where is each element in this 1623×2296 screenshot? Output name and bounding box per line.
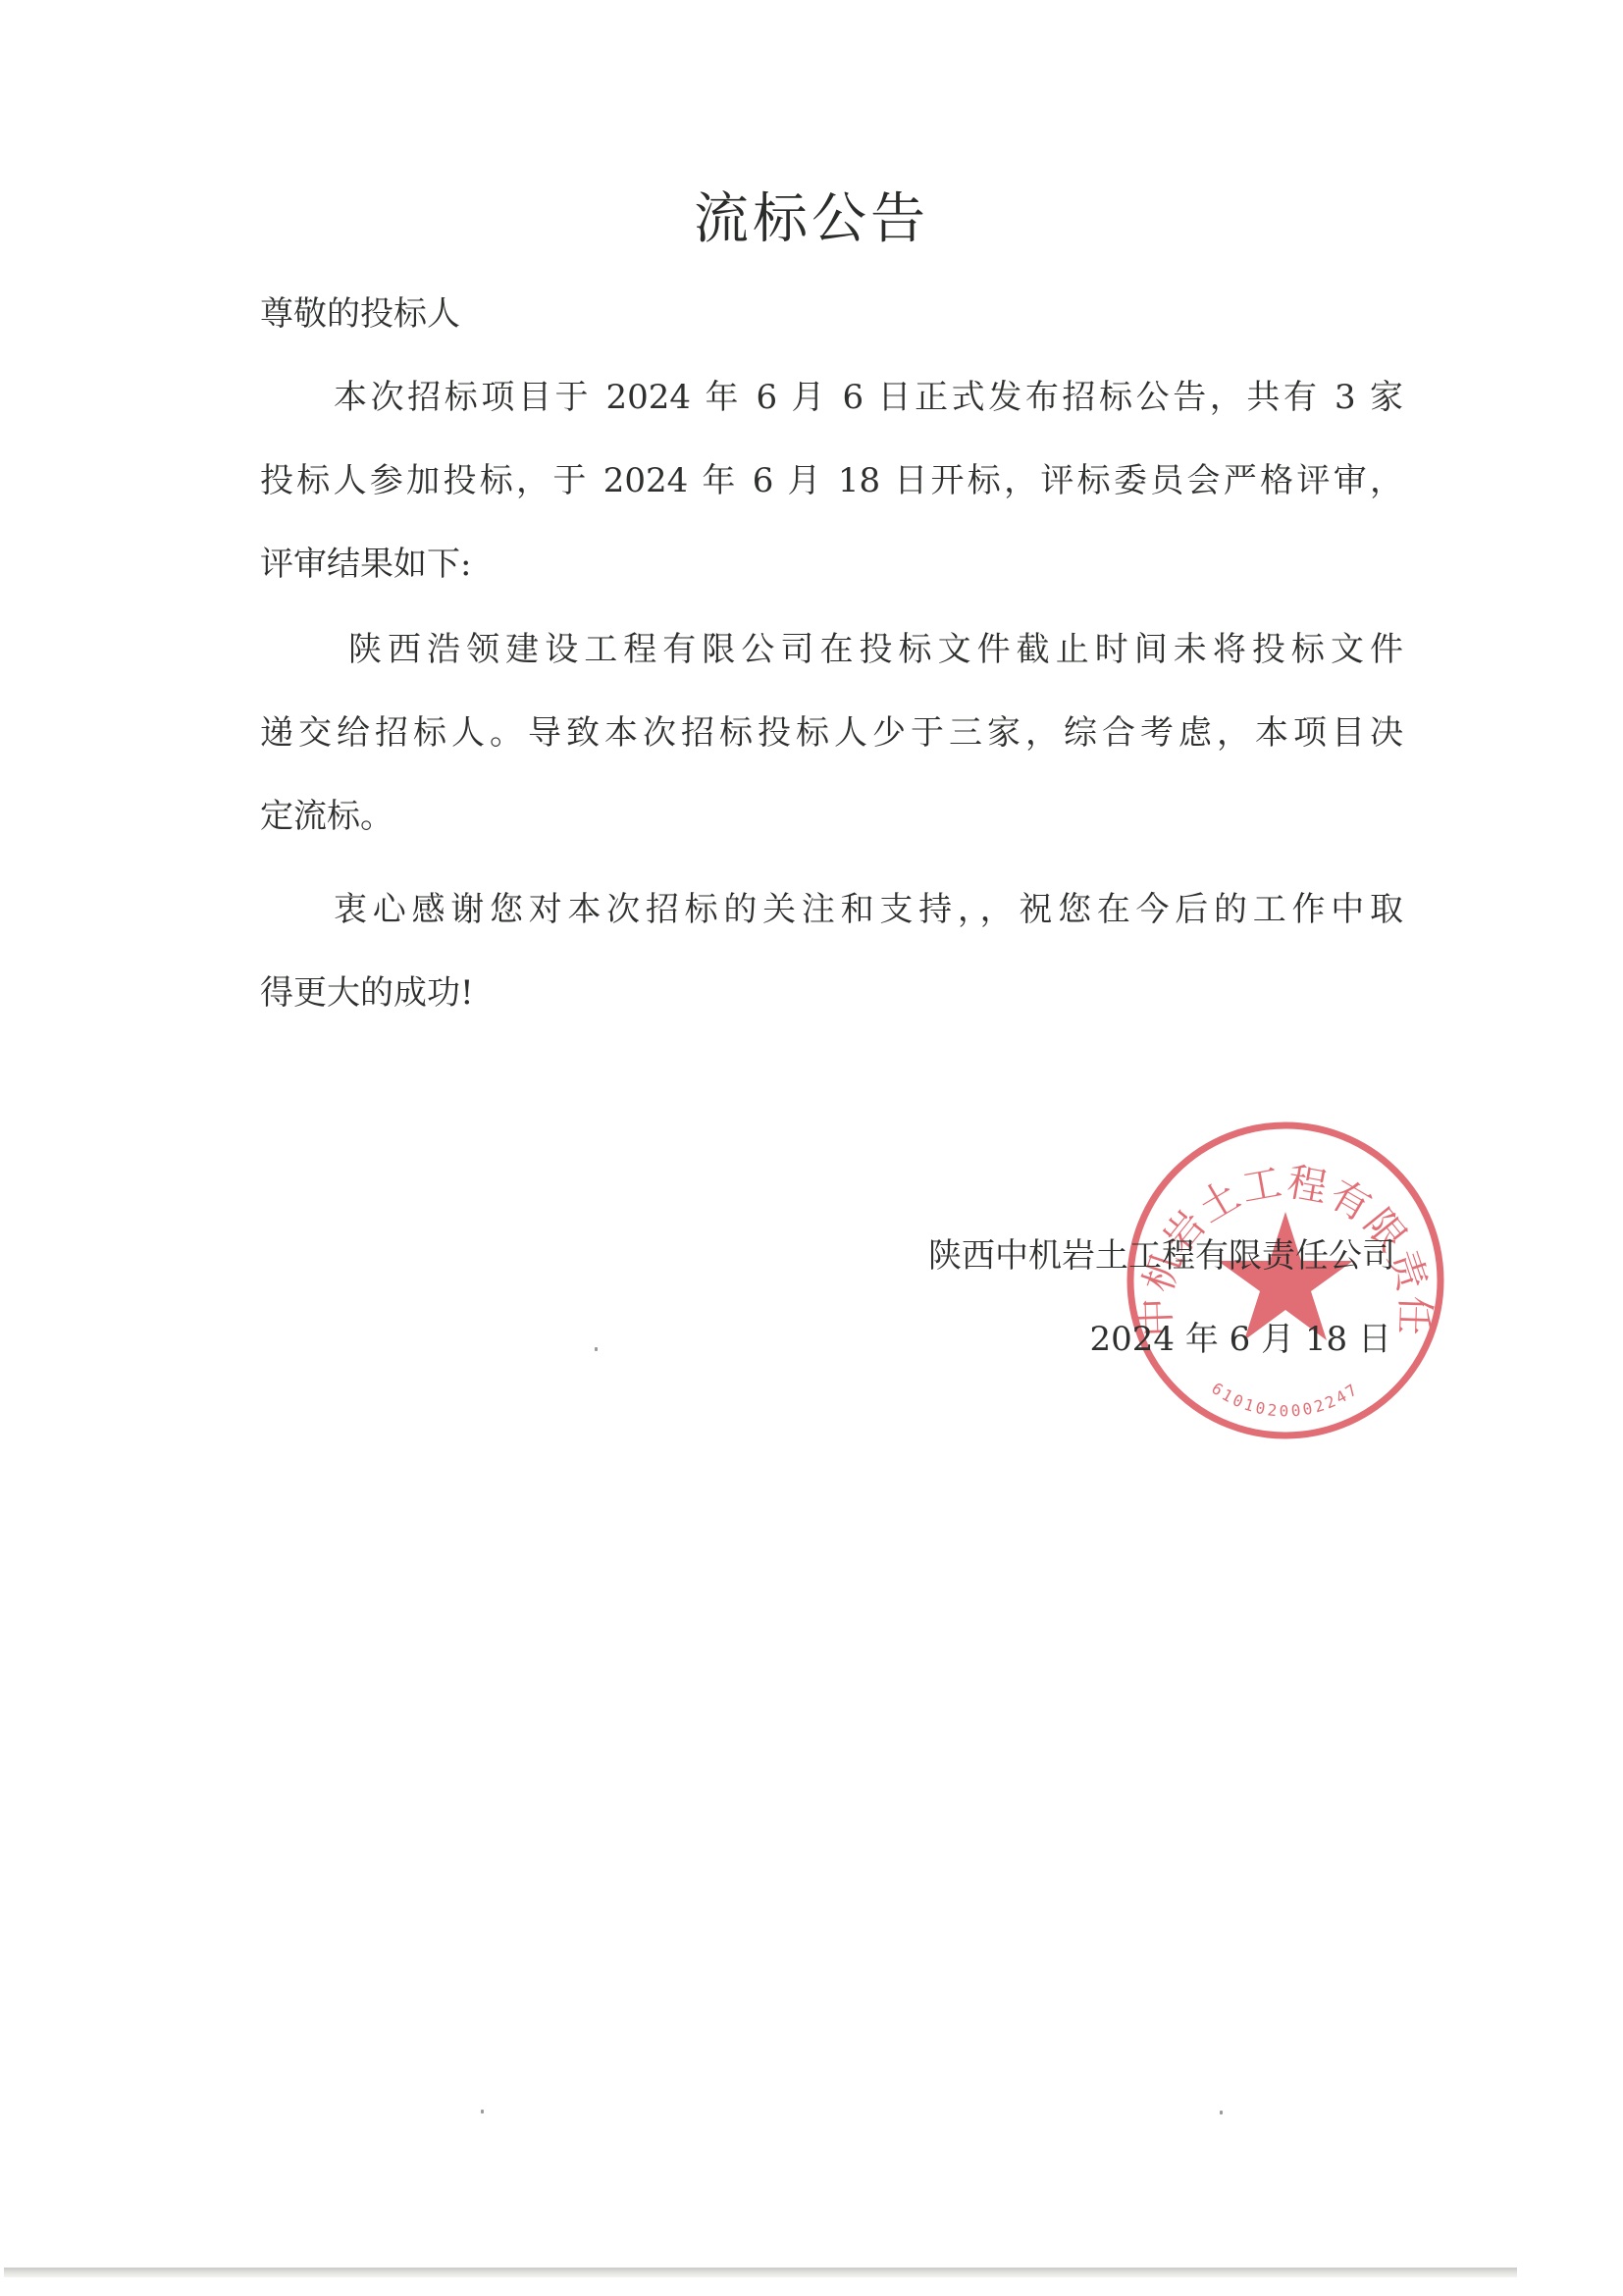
paragraph-3-line-2: 得更大的成功! — [260, 971, 1403, 1015]
scan-speck — [481, 2110, 484, 2113]
official-seal: 陕西中机岩土工程有限责任公司 6101020002247 — [1124, 1119, 1447, 1442]
paragraph-2-line-3: 定流标。 — [260, 795, 1403, 838]
svg-text:6101020002247: 6101020002247 — [1208, 1379, 1363, 1420]
paragraph-1-line-2: 投标人参加投标，于 2024 年 6 月 18 日开标，评标委员会严格评审， — [260, 459, 1403, 502]
signature-company: 陕西中机岩土工程有限责任公司 — [928, 1234, 1395, 1278]
paragraph-1-line-3: 评审结果如下: — [260, 543, 1403, 586]
seal-code: 6101020002247 — [1208, 1379, 1363, 1420]
paragraph-2-line-1: 陕西浩领建设工程有限公司在投标文件截止时间未将投标文件 — [348, 628, 1403, 671]
salutation: 尊敬的投标人 — [260, 292, 1403, 336]
document-page: 流标公告 尊敬的投标人 本次招标项目于 2024 年 6 月 6 日正式发布招标… — [0, 0, 1623, 2296]
signature-date: 2024 年 6 月 18 日 — [1090, 1318, 1391, 1361]
page-bottom-edge — [4, 2268, 1517, 2277]
scan-speck — [595, 1347, 598, 1351]
scan-speck — [1220, 2111, 1223, 2114]
paragraph-2-line-2: 递交给招标人。导致本次招标投标人少于三家，综合考虑，本项目决 — [260, 711, 1403, 755]
paragraph-3-line-1: 衷心感谢您对本次招标的关注和支持，，祝您在今后的工作中取 — [334, 888, 1403, 931]
page-title: 流标公告 — [0, 188, 1623, 251]
paragraph-1-line-1: 本次招标项目于 2024 年 6 月 6 日正式发布招标公告，共有 3 家 — [334, 376, 1403, 419]
